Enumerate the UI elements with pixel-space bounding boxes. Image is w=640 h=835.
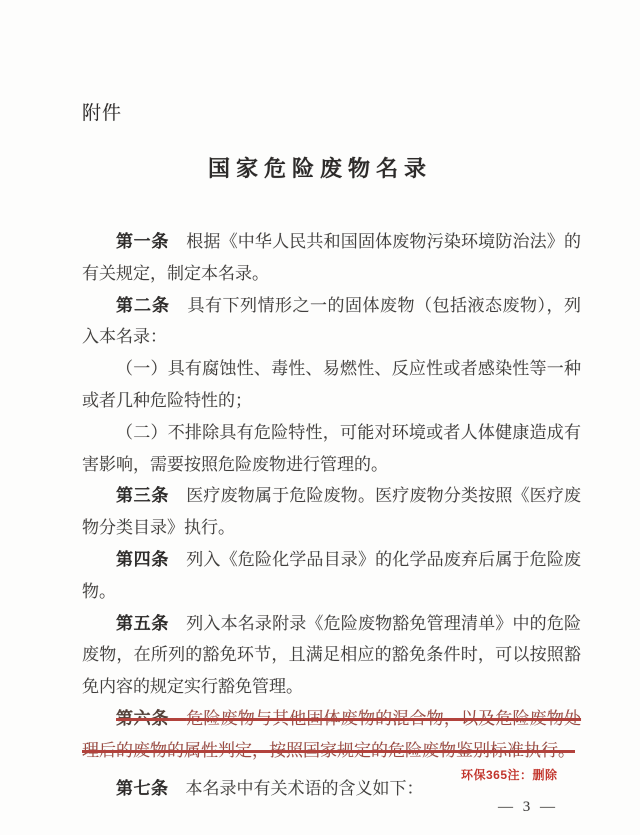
article-paragraph: （二）不排除具有危险特性，可能对环境或者人体健康造成有害影响，需要按照危险废物进… — [82, 417, 581, 481]
article-number: 第六条 — [116, 709, 169, 728]
article-number: 第三条 — [116, 486, 169, 505]
article-number: 第一条 — [116, 232, 169, 251]
article-paragraph-deleted: 第六条 危险废物与其他固体废物的混合物，以及危险废物处理后的废物的属性判定，按照… — [82, 703, 581, 767]
article-paragraph: 第二条 具有下列情形之一的固体废物（包括液态废物），列入本名录： — [82, 290, 581, 354]
document-body: 第一条 根据《中华人民共和国固体废物污染环境防治法》的有关规定，制定本名录。第二… — [82, 226, 581, 804]
article-paragraph: （一）具有腐蚀性、毒性、易燃性、反应性或者感染性等一种或者几种危险特性的； — [82, 353, 581, 417]
document-title: 国家危险废物名录 — [0, 152, 640, 183]
article-text: 本名录中有关术语的含义如下： — [186, 779, 424, 798]
document-page: 附件 国家危险废物名录 第一条 根据《中华人民共和国固体废物污染环境防治法》的有… — [0, 0, 640, 835]
article-number: 第五条 — [116, 614, 169, 633]
article-paragraph: 第一条 根据《中华人民共和国固体废物污染环境防治法》的有关规定，制定本名录。 — [82, 226, 581, 290]
article-paragraph: 第四条 列入《危险化学品目录》的化学品废弃后属于危险废物。 — [82, 544, 581, 608]
article-text: （一）具有腐蚀性、毒性、易燃性、反应性或者感染性等一种或者几种危险特性的； — [82, 359, 581, 410]
article-number: 第四条 — [116, 550, 169, 569]
article-paragraph: 第五条 列入本名录附录《危险废物豁免管理清单》中的危险废物，在所列的豁免环节，且… — [82, 608, 581, 703]
attachment-label: 附件 — [82, 98, 122, 125]
article-number: 第二条 — [116, 296, 170, 315]
page-number: — 3 — — [498, 799, 558, 816]
article-text: （二）不排除具有危险特性，可能对环境或者人体健康造成有害影响，需要按照危险废物进… — [82, 423, 581, 474]
article-number: 第七条 — [116, 779, 169, 798]
article-paragraph: 第三条 医疗废物属于危险废物。医疗废物分类按照《医疗废物分类目录》执行。 — [82, 480, 581, 544]
editor-annotation: 环保365注：删除 — [461, 766, 558, 783]
